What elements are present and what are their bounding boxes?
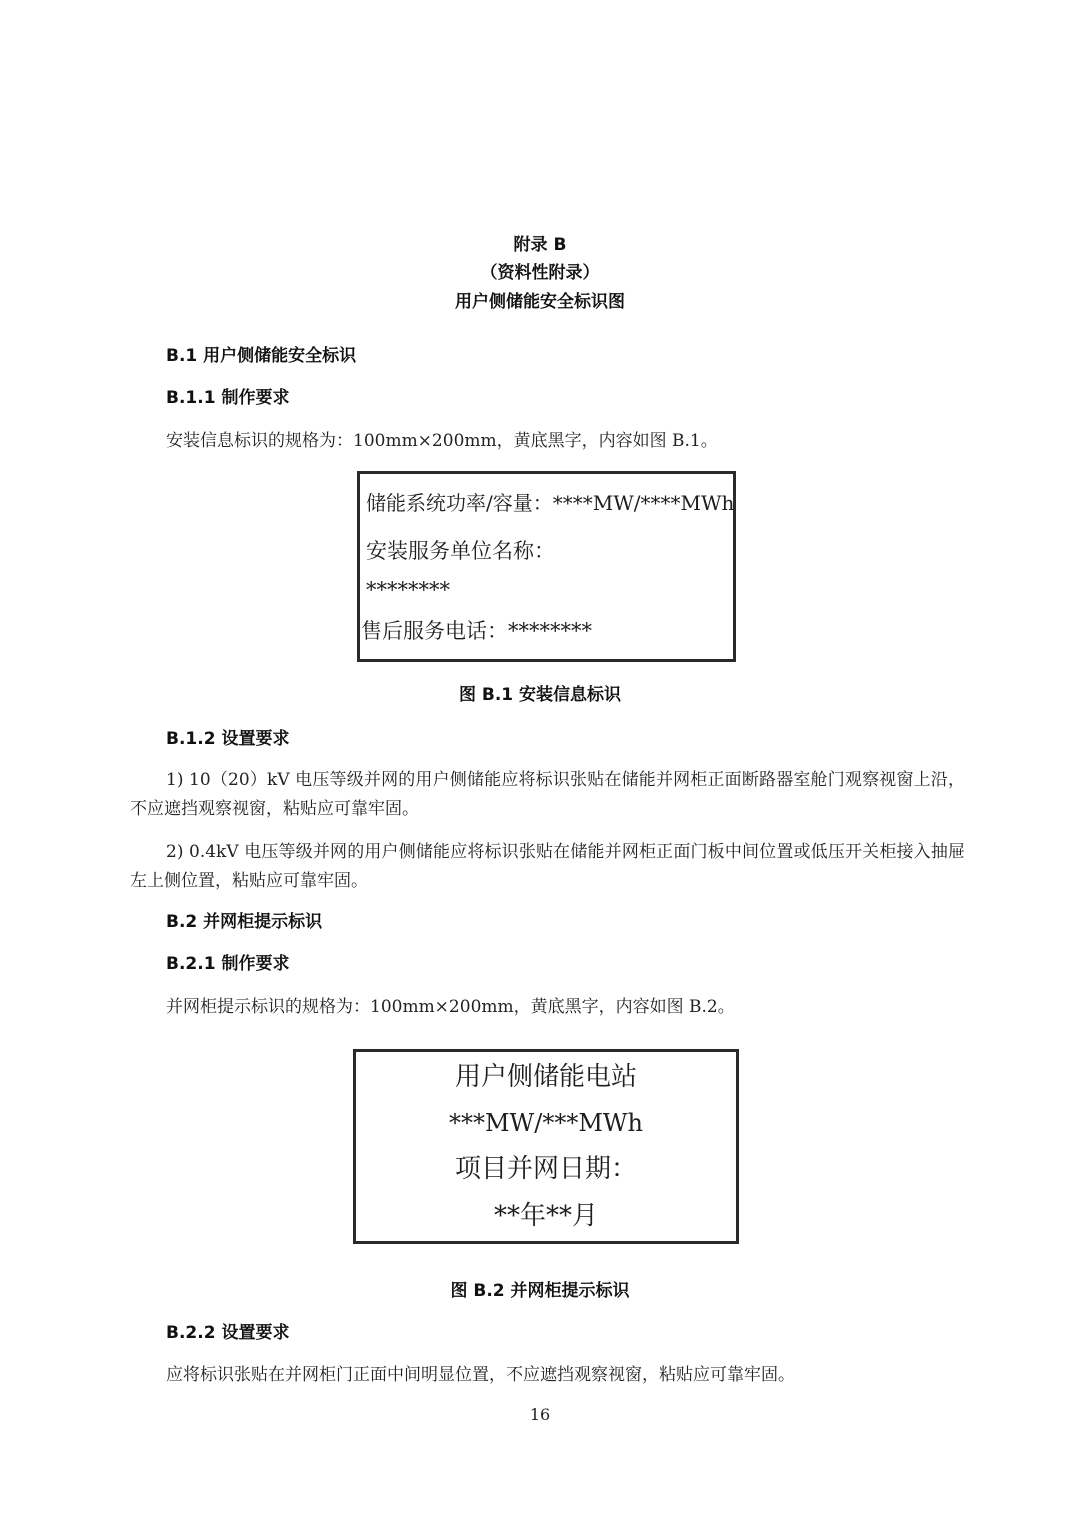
section-b21-text: 并网柜提示标识的规格为：100mm×200mm，黄底黑字，内容如图 B.2。 bbox=[166, 996, 735, 1018]
grid-cabinet-label-figure: 用户侧储能电站 ***MW/***MWh 项目并网日期： **年**月 bbox=[353, 1049, 739, 1244]
section-b12-item-2: 2) 0.4kV 电压等级并网的用户侧储能应将标识张贴在储能并网柜正面门板中间位… bbox=[130, 838, 965, 896]
label-line-station-capacity: ***MW/***MWh bbox=[356, 1107, 736, 1139]
section-b11-heading: B.1.1 制作要求 bbox=[166, 387, 289, 409]
label-line-capacity: 储能系统功率/容量：****MW/****MWh bbox=[366, 490, 734, 516]
label-line-service-phone: 售后服务电话：******** bbox=[361, 618, 592, 644]
section-b22-heading: B.2.2 设置要求 bbox=[166, 1322, 289, 1344]
install-info-label-figure: 储能系统功率/容量：****MW/****MWh 安装服务单位名称： *****… bbox=[357, 471, 736, 662]
label-line-station-name: 用户侧储能电站 bbox=[356, 1061, 736, 1093]
appendix-title: 附录 B bbox=[0, 234, 1080, 256]
section-b12-heading: B.1.2 设置要求 bbox=[166, 728, 289, 750]
appendix-name: 用户侧储能安全标识图 bbox=[0, 291, 1080, 313]
section-b21-heading: B.2.1 制作要求 bbox=[166, 953, 289, 975]
section-b11-text: 安装信息标识的规格为：100mm×200mm，黄底黑字，内容如图 B.1。 bbox=[166, 430, 718, 452]
section-b1-heading: B.1 用户侧储能安全标识 bbox=[166, 345, 356, 367]
label-line-installer-name: 安装服务单位名称： bbox=[366, 538, 555, 564]
figure-b1-caption: 图 B.1 安装信息标识 bbox=[0, 684, 1080, 706]
section-b22-text: 应将标识张贴在并网柜门正面中间明显位置，不应遮挡观察视窗，粘贴应可靠牢固。 bbox=[166, 1364, 795, 1386]
section-b2-heading: B.2 并网柜提示标识 bbox=[166, 911, 322, 933]
label-line-grid-date-value: **年**月 bbox=[356, 1200, 736, 1232]
section-b12-item-1: 1) 10（20）kV 电压等级并网的用户侧储能应将标识张贴在储能并网柜正面断路… bbox=[130, 766, 965, 824]
figure-b2-caption: 图 B.2 并网柜提示标识 bbox=[0, 1280, 1080, 1302]
page-number: 16 bbox=[0, 1405, 1080, 1425]
appendix-subtitle: （资料性附录） bbox=[0, 262, 1080, 284]
label-line-installer-value: ******** bbox=[366, 577, 450, 603]
label-line-grid-date-label: 项目并网日期： bbox=[356, 1153, 736, 1185]
